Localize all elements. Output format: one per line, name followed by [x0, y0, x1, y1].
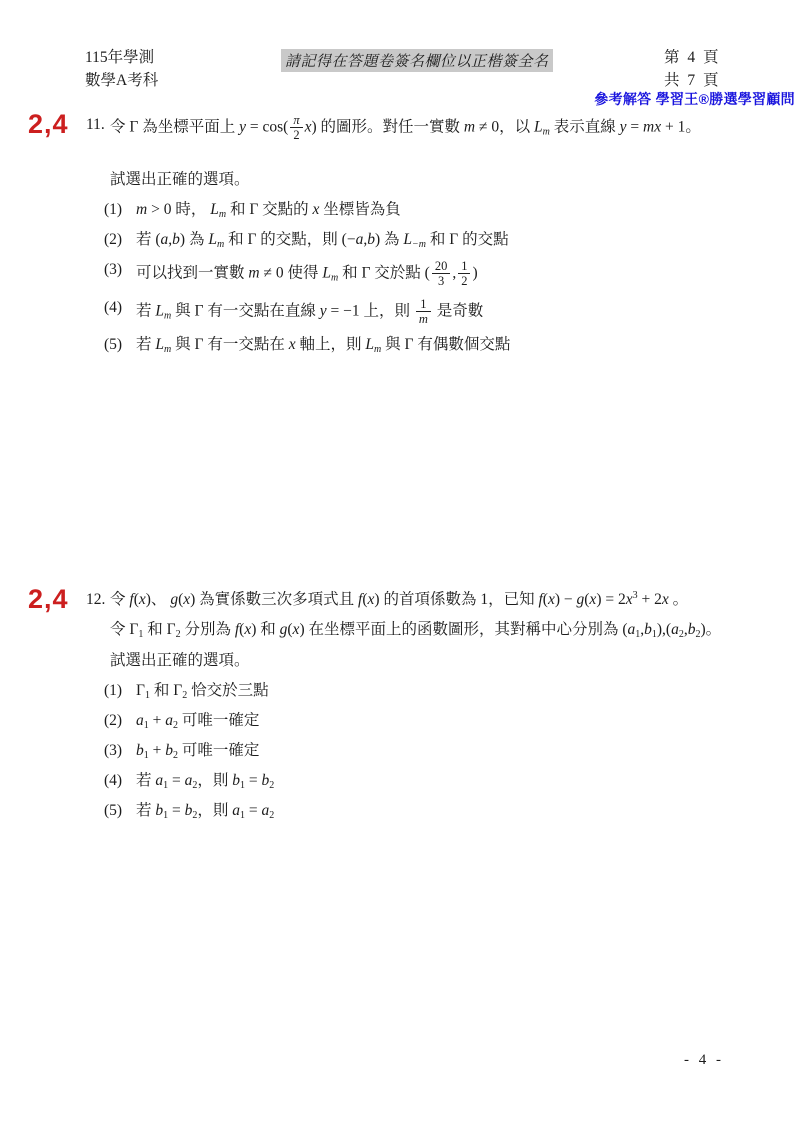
fraction: π2 — [290, 113, 302, 143]
option-text: 若 a1 = a2，則 b1 = b2 — [136, 770, 773, 792]
question-11-stem: 令 Γ 為坐標平面上 y = cos(π2x) 的圖形。對任一實數 m ≠ 0，… — [110, 113, 773, 143]
option-label: (4) — [104, 770, 136, 792]
question-11-stem-row: 11. 令 Γ 為坐標平面上 y = cos(π2x) 的圖形。對任一實數 m … — [86, 113, 773, 143]
option-text: Γ1 和 Γ2 恰交於三點 — [136, 680, 773, 702]
question-12-stem: 令 f(x)、 g(x) 為實係數三次多項式且 f(x) 的首項係數為 1，已知… — [110, 588, 773, 612]
option-row: (3) 可以找到一實數 m ≠ 0 使得 Lm 和 Γ 交於點 (203,12) — [104, 259, 773, 289]
option-text: 若 b1 = b2，則 a1 = a2 — [136, 800, 773, 822]
option-label: (1) — [104, 680, 136, 702]
solution-credit-watermark: 參考解答 學習王®勝選學習顧問 — [594, 89, 795, 109]
option-row: (1) m > 0 時， Lm 和 Γ 交點的 x 坐標皆為負 — [104, 199, 773, 221]
question-12-stem-line2: 令 Γ1 和 Γ2 分別為 f(x) 和 g(x) 在坐標平面上的函數圖形，其對… — [86, 618, 773, 642]
fraction: 203 — [432, 259, 451, 289]
signature-notice: 請記得在答題卷簽名欄位以正楷簽全名 — [281, 49, 553, 72]
question-11-options: (1) m > 0 時， Lm 和 Γ 交點的 x 坐標皆為負 (2) 若 (a… — [86, 199, 773, 357]
header-right: 第 4 頁 共 7 頁 — [664, 46, 721, 92]
option-row: (5) 若 Lm 與 Γ 有一交點在 x 軸上，則 Lm 與 Γ 有偶數個交點 — [104, 334, 773, 356]
exam-page: 115年學測 數學A考科 請記得在答題卷簽名欄位以正楷簽全名 第 4 頁 共 7… — [0, 0, 800, 1131]
fraction: 1m — [416, 297, 431, 327]
option-row: (1) Γ1 和 Γ2 恰交於三點 — [104, 680, 773, 702]
option-label: (2) — [104, 229, 136, 251]
option-text: m > 0 時， Lm 和 Γ 交點的 x 坐標皆為負 — [136, 199, 773, 221]
question-11: 2,4 11. 令 Γ 為坐標平面上 y = cos(π2x) 的圖形。對任一實… — [28, 113, 773, 356]
option-row: (2) 若 (a,b) 為 Lm 和 Γ 的交點，則 (−a,b) 為 L−m … — [104, 229, 773, 251]
option-label: (5) — [104, 334, 136, 356]
option-label: (5) — [104, 800, 136, 822]
page-current-label: 第 4 頁 — [664, 46, 721, 69]
option-row: (2) a1 + a2 可唯一確定 — [104, 710, 773, 732]
option-text: 若 (a,b) 為 Lm 和 Γ 的交點，則 (−a,b) 為 L−m 和 Γ … — [136, 229, 773, 251]
question-12-prompt: 試選出正確的選項。 — [86, 650, 773, 672]
option-label: (1) — [104, 199, 136, 221]
question-12-body: 12. 令 f(x)、 g(x) 為實係數三次多項式且 f(x) 的首項係數為 … — [86, 588, 773, 822]
option-text: 可以找到一實數 m ≠ 0 使得 Lm 和 Γ 交於點 (203,12) — [136, 259, 773, 289]
answer-mark-q11: 2,4 — [28, 109, 78, 139]
footer-page-number: - 4 - — [684, 1052, 724, 1069]
question-12-head: 2,4 12. 令 f(x)、 g(x) 為實係數三次多項式且 f(x) 的首項… — [28, 588, 773, 822]
question-11-prompt: 試選出正確的選項。 — [86, 169, 773, 191]
question-12-number: 12. — [86, 588, 110, 612]
question-12: 2,4 12. 令 f(x)、 g(x) 為實係數三次多項式且 f(x) 的首項… — [28, 588, 773, 822]
question-12-options: (1) Γ1 和 Γ2 恰交於三點 (2) a1 + a2 可唯一確定 (3) … — [86, 680, 773, 822]
answer-mark-q12: 2,4 — [28, 584, 78, 614]
option-label: (3) — [104, 259, 136, 281]
exam-year-label: 115年學測 — [85, 46, 158, 69]
question-11-head: 2,4 11. 令 Γ 為坐標平面上 y = cos(π2x) 的圖形。對任一實… — [28, 113, 773, 356]
option-text: 若 Lm 與 Γ 有一交點在直線 y = −1 上，則 1m 是奇數 — [136, 297, 773, 327]
question-12-stem-row: 12. 令 f(x)、 g(x) 為實係數三次多項式且 f(x) 的首項係數為 … — [86, 588, 773, 612]
option-label: (3) — [104, 740, 136, 762]
exam-subject-label: 數學A考科 — [85, 69, 158, 92]
option-label: (2) — [104, 710, 136, 732]
option-row: (3) b1 + b2 可唯一確定 — [104, 740, 773, 762]
option-label: (4) — [104, 297, 136, 319]
option-row: (5) 若 b1 = b2，則 a1 = a2 — [104, 800, 773, 822]
header-left: 115年學測 數學A考科 — [85, 46, 158, 92]
option-text: 若 Lm 與 Γ 有一交點在 x 軸上，則 Lm 與 Γ 有偶數個交點 — [136, 334, 773, 356]
option-text: a1 + a2 可唯一確定 — [136, 710, 773, 732]
fraction: 12 — [458, 259, 470, 289]
option-row: (4) 若 a1 = a2，則 b1 = b2 — [104, 770, 773, 792]
option-row: (4) 若 Lm 與 Γ 有一交點在直線 y = −1 上，則 1m 是奇數 — [104, 297, 773, 327]
question-11-number: 11. — [86, 113, 110, 137]
question-11-body: 11. 令 Γ 為坐標平面上 y = cos(π2x) 的圖形。對任一實數 m … — [86, 113, 773, 356]
option-text: b1 + b2 可唯一確定 — [136, 740, 773, 762]
